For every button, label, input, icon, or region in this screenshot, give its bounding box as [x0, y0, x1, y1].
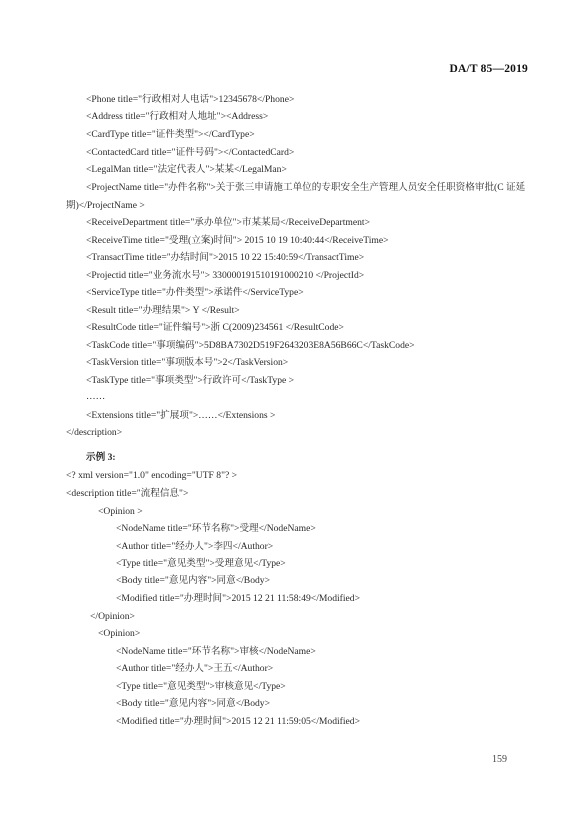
code-line: <Modified title="办理时间">2015 12 21 11:58:…: [116, 593, 360, 605]
code-line: <TaskType title="事项类型">行政许可</TaskType >: [86, 375, 294, 387]
page-number: 159: [492, 754, 507, 765]
standard-code: DA/T 85—2019: [449, 63, 528, 75]
code-line: <TransactTime title="办结时间">2015 10 22 15…: [86, 252, 364, 264]
code-line: <LegalMan title="法定代表人">某某</LegalMan>: [86, 164, 287, 176]
code-line: <Projectid title="业务流水号"> 33000019151019…: [86, 270, 364, 282]
code-line: <Type title="意见类型">受理意见</Type>: [116, 558, 286, 570]
code-line: </description>: [66, 427, 122, 439]
code-line: 期)</ProjectName >: [66, 200, 145, 212]
code-line: <TaskVersion title="事项版本号">2</TaskVersio…: [86, 357, 288, 369]
code-line: <Opinion >: [98, 506, 143, 518]
code-line: <ResultCode title="证件编号">浙 C(2009)234561…: [86, 322, 344, 334]
code-line: <description title="流程信息">: [66, 488, 188, 500]
code-line: <Extensions title="扩展项">……</Extensions >: [86, 410, 275, 422]
code-line: <TaskCode title="事项编码">5D8BA7302D519F264…: [86, 340, 415, 352]
code-line: <CardType title="证件类型"></CardType>: [86, 129, 255, 141]
code-line: <Modified title="办理时间">2015 12 21 11:59:…: [116, 716, 360, 728]
code-line: <NodeName title="环节名称">审核</NodeName>: [116, 646, 316, 658]
code-line: <ReceiveTime title="受理(立案)时间"> 2015 10 1…: [86, 235, 389, 247]
code-line: <Opinion>: [98, 628, 140, 640]
code-line: <Result title="办理结果"> Y </Result>: [86, 305, 240, 317]
code-line: <ServiceType title="办件类型">承诺件</ServiceTy…: [86, 287, 304, 299]
code-line: <ReceiveDepartment title="承办单位">市某某局</Re…: [86, 217, 370, 229]
code-line: <Body title="意见内容">同意</Body>: [116, 575, 270, 587]
example-heading: 示例 3:: [86, 452, 116, 464]
code-line: <Author title="经办人">李四</Author>: [116, 541, 273, 553]
code-line: <ContactedCard title="证件号码"></ContactedC…: [86, 147, 294, 159]
code-line: <? xml version="1.0" encoding="UTF 8"? >: [66, 470, 237, 482]
code-line: <ProjectName title="办件名称">关于张三申请施工单位的专职安…: [86, 182, 525, 194]
code-line: <Type title="意见类型">审核意见</Type>: [116, 681, 286, 693]
code-line: <Body title="意见内容">同意</Body>: [116, 698, 270, 710]
code-line: <Author title="经办人">王五</Author>: [116, 663, 273, 675]
code-line: <Address title="行政相对人地址"><Address>: [86, 111, 268, 123]
code-line: <Phone title="行政相对人电话">12345678</Phone>: [86, 94, 294, 106]
code-line: </Opinion>: [90, 611, 135, 623]
code-line: ……: [86, 391, 105, 403]
code-line: <NodeName title="环节名称">受理</NodeName>: [116, 523, 316, 535]
